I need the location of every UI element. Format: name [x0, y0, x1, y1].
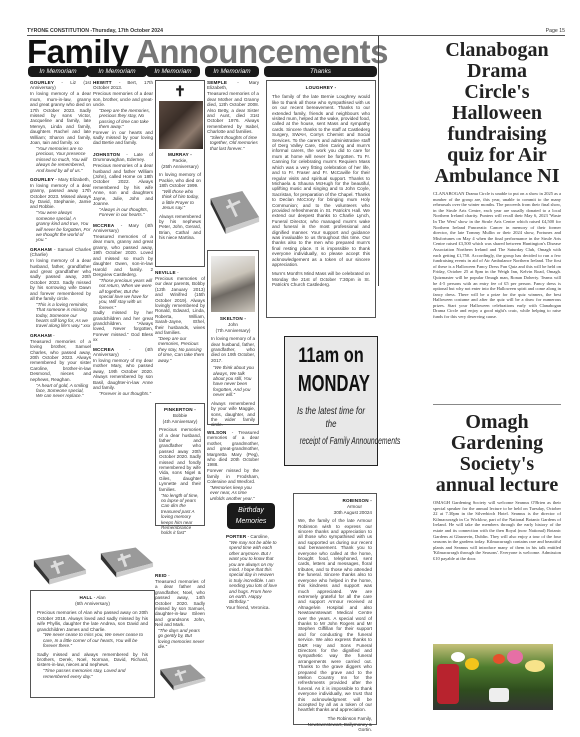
cross-icon: ✝	[159, 84, 201, 98]
notice-hall: HALL - Alan (6th Anniversary) Precious m…	[30, 590, 155, 698]
article-headline: Clanabogan Drama Circle's Halloween fund…	[433, 40, 561, 187]
thanks-robinson: ROBINSON - Armour 30th August 20024 We, …	[293, 493, 377, 725]
section-header-in-memoriam-1: In Memoriam	[28, 66, 88, 77]
section-header-in-memoriam-4: In Memoriam	[205, 66, 259, 77]
title-family: Family	[27, 33, 129, 70]
page-title: Family Announcements	[27, 36, 388, 68]
notice-pinkerton: PINKERTON - Bobbie (4th Anniversary) Pre…	[155, 403, 205, 526]
section-header-in-memoriam-3: In Memoriam	[146, 66, 200, 77]
column-divider	[378, 36, 379, 286]
notice-porter: PORTER - Caroline, "We may not be able t…	[226, 534, 278, 611]
title-announcements: Announcements	[136, 33, 388, 70]
column-in-memoriam-2: HEWITT - Bert, 17th October 2013. Precio…	[93, 80, 153, 396]
article-gardening: Omagh Gardening Society's annual lecture…	[433, 412, 561, 562]
notice-gourley-mary: GOURLEY - Mary Elizabeth, In loving memo…	[30, 177, 91, 243]
column-in-memoriam-1: GOURLEY - Liz (1st Anniversary) In lovin…	[30, 80, 91, 399]
notice-hewitt: HEWITT - Bert, 17th October 2013. Precio…	[93, 80, 153, 146]
notice-semple: SEMPLE - Mary Elizabeth, Treasured memor…	[207, 80, 259, 151]
notice-wilson: WILSON - Treasured memories of a dear mo…	[207, 430, 259, 501]
notice-johnston: JOHNSTON - Late of Drumnavaghan, Ederney…	[93, 152, 153, 218]
section-header-in-memoriam-2: In Memoriam	[87, 66, 147, 77]
bible-icon	[157, 660, 207, 694]
photo-murray	[159, 101, 203, 149]
notice-neville: NEVILLE - Precious memories of our dear …	[155, 270, 205, 363]
bible-icon	[97, 545, 155, 579]
notice-skelton: SKELTON - John (7th Anniversary) In lovi…	[207, 250, 259, 425]
notice-graham-brother: GRAHAM - Treasured memories of a loving …	[30, 333, 91, 399]
article-divider	[433, 404, 561, 405]
notice-mccrea-mother: MCCREA - (4th Anniversary) In loving mem…	[93, 347, 153, 397]
notice-murray: ✝ MURRAY - Packie, (25th Anniversary) In…	[155, 80, 205, 267]
article-headline: Omagh Gardening Society's annual lecture	[433, 412, 561, 496]
deadline-notice: 11am on MONDAY Is the latest time for th…	[284, 336, 378, 466]
notice-reid: REID - Treasured memories of a dear fath…	[155, 573, 205, 650]
flowers-photo	[433, 644, 553, 710]
article-body: CLANABOGAN Drama Circle is unable to put…	[433, 191, 561, 320]
notice-graham-samuel: GRAHAM - Samuel Charles (Charlie) In lov…	[30, 247, 91, 329]
bible-icon	[30, 552, 88, 586]
thanks-loughrey: LOUGHREY - The family of the late Bernie…	[266, 80, 376, 318]
notice-mccrea-mary: MCCREA - Mary (4th Anniversary) Treasure…	[93, 223, 153, 343]
article-clanabogan: Clanabogan Drama Circle's Halloween fund…	[433, 40, 561, 320]
photo-skelton	[211, 256, 255, 312]
article-body: OMAGH Gardening Society will welcome Sea…	[433, 500, 561, 562]
notice-gourley-liz: GOURLEY - Liz (1st Anniversary) In lovin…	[30, 80, 91, 173]
watering-can	[437, 664, 459, 704]
section-header-birthday-memories: Birthday Memories	[227, 503, 275, 529]
page-number: Page 15	[546, 28, 565, 34]
bible-icon	[205, 185, 261, 240]
section-header-thanks: Thanks	[264, 66, 377, 77]
